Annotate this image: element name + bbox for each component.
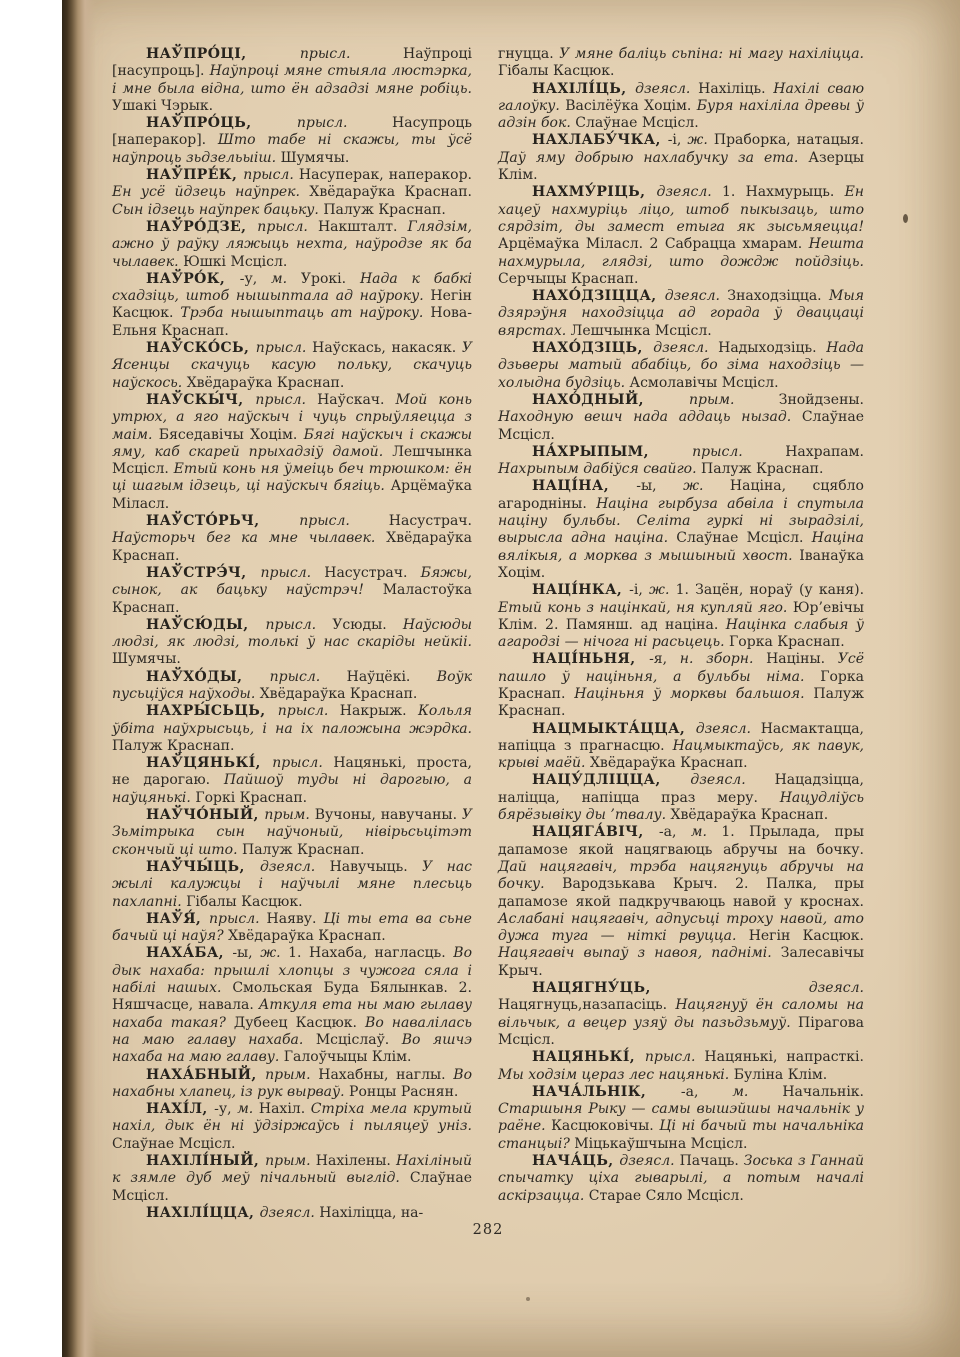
italic-text: Нацягавіч выпаў з навоя, паднімі.	[498, 945, 781, 961]
roman-text: Нахрапам.	[785, 444, 864, 460]
dictionary-entry: НАХА́БА, -ы, ж. 1. Нахаба, нагласць. Во …	[112, 945, 472, 1066]
roman-text: Палуж Краснап.	[112, 738, 234, 754]
italic-text: прысл.	[692, 444, 785, 460]
dictionary-entry: гнуцца. У мяне баліць сьпіна: ні магу на…	[498, 46, 864, 81]
roman-text: Усюды.	[332, 617, 403, 633]
roman-text: Лешчынка Мсцісл.	[571, 323, 712, 339]
dictionary-entry: НАЎЧО́НЫЙ, прым. Вучоны, навучаны. У Зьм…	[112, 807, 472, 859]
roman-text: -у,	[240, 271, 271, 287]
italic-text: ж.	[687, 132, 713, 148]
headword: НАЎСТРЭ́Ч,	[146, 565, 260, 581]
dictionary-entry: НАЦІ́НЬНЯ, -я, н. зборн. Націны. Усё паш…	[498, 651, 864, 720]
roman-text: Горкі Краснап.	[195, 790, 307, 806]
roman-text: Хвёдараўка Краснап.	[590, 755, 748, 771]
roman-text: -а,	[681, 1084, 732, 1100]
roman-text: Буліна Клім.	[734, 1067, 828, 1083]
dictionary-entry: НАЎПРО́ЦІ, прысл. Наўпроці [насупроць]. …	[112, 46, 472, 115]
roman-text: Слаўнае Мсцісл.	[575, 115, 698, 131]
headword: НАЎПРО́ЦЬ,	[146, 115, 297, 131]
roman-text: Міцькаўшчына Мсцісл.	[574, 1136, 747, 1152]
roman-text: Накшталт.	[318, 219, 408, 235]
dictionary-entry: НАЎСТРЭ́Ч, прысл. Насустрач. Бяжы, сынок…	[112, 565, 472, 617]
roman-text: Слаўнае Мсцісл.	[112, 1136, 235, 1152]
italic-text: прысл.	[257, 219, 318, 235]
italic-text: Сын ідзець наўпрек бацьку.	[112, 202, 323, 218]
roman-text: Ронцы Раснян.	[349, 1084, 458, 1100]
italic-text: дзеясл.	[656, 184, 722, 200]
italic-text: прысл.	[270, 669, 347, 685]
roman-text: Наяву.	[267, 911, 324, 927]
italic-text: Трэба нышыптаць ат наўроку.	[180, 305, 430, 321]
headword: НАЎСКО́СЬ,	[146, 340, 256, 356]
roman-text: Хвёдараўка Краснап.	[228, 928, 386, 944]
roman-text: Нахіліць.	[698, 81, 773, 97]
book-gutter-shadow	[62, 0, 96, 1357]
headword: НАЧА́ЛЬНІК,	[532, 1084, 681, 1100]
left-column: НАЎПРО́ЦІ, прысл. Наўпроці [насупроць]. …	[112, 46, 472, 1222]
page-number: 282	[112, 1222, 864, 1238]
roman-text: Насуперак, наперакор.	[299, 167, 472, 183]
headword: НАЎРО́К,	[146, 271, 240, 287]
dictionary-entry: НАЎСТО́РЬЧ, прысл. Насустрач. Наўсторьч …	[112, 513, 472, 565]
italic-text: дзеясл.	[809, 980, 864, 996]
headword: НАЦМЫКТА́ЦЦА,	[532, 721, 696, 737]
italic-text: ж.	[649, 582, 676, 598]
headword: НАЎЧО́НЫЙ,	[146, 807, 264, 823]
dictionary-entry: НАХО́ДЗІЦЬ, дзеясл. Надыходзіць. Нада дз…	[498, 340, 864, 392]
headword: НАЎПРО́ЦІ,	[146, 46, 300, 62]
dictionary-entry: НА́ХРЫПЫМ, прысл. Нахрапам. Нахрыпым даб…	[498, 444, 864, 479]
headword: НАХО́ДЗІЦЦА,	[532, 288, 665, 304]
roman-text: -ы,	[636, 478, 683, 494]
headword: НАЎХО́ДЫ,	[146, 669, 270, 685]
roman-text: -і,	[668, 132, 688, 148]
dictionary-entry: НАХМУ́РІЦЬ, дзеясл. 1. Нахмурыць. Ен хац…	[498, 184, 864, 288]
roman-text: Касцюковічы.	[551, 1118, 659, 1134]
italic-text: прысл.	[266, 617, 333, 633]
roman-text: Нахіліцца, на-	[319, 1205, 423, 1221]
italic-text: дзеясл.	[653, 340, 718, 356]
italic-text: прысл.	[272, 755, 333, 771]
roman-text: Арцёмаўка Міласл. 2 Сабрацца хмарам.	[498, 236, 809, 252]
dictionary-entry: НАЎСКЫ́Ч, прысл. Наўскач. Мой конь утрюх…	[112, 392, 472, 513]
roman-text: Знаходзіцца.	[727, 288, 829, 304]
italic-text: дзеясл.	[260, 859, 330, 875]
headword: НАЎСТО́РЬЧ,	[146, 513, 299, 529]
roman-text: Насустрач.	[324, 565, 420, 581]
roman-text: -у,	[214, 1101, 237, 1117]
headword: НАХІЛІ́ЦЦА,	[146, 1205, 260, 1221]
headword: НАЎЧЫ́ЦЬ,	[146, 859, 260, 875]
roman-text: Негін Касцюк.	[749, 928, 864, 944]
italic-text: Ен усё йдзець наўпрек.	[112, 184, 309, 200]
italic-text: Етый конь з націнкай, ня купляй яго.	[498, 600, 793, 616]
headword: НАЎЦЯНЬКІ́,	[146, 755, 272, 771]
dictionary-entry: НАЦІ́НА, -ы, ж. Націна, сцябло агароднін…	[498, 478, 864, 582]
roman-text: -а,	[659, 824, 691, 840]
dictionary-entry: НАЎЦЯНЬКІ́, прысл. Нацянькі, проста, не …	[112, 755, 472, 807]
dictionary-entry: НАЎРО́ДЗЕ, прысл. Накшталт. Глядзім, ажн…	[112, 219, 472, 271]
roman-text: Галоўчыцы Клім.	[284, 1049, 412, 1065]
italic-text: н. зборн.	[680, 651, 766, 667]
dictionary-entry: НАХІЛІ́ЦЬ, дзеясл. Нахіліць. Нахілі сваю…	[498, 81, 864, 133]
headword: НАЦЯГА́ВІЧ,	[532, 824, 659, 840]
italic-text: ж.	[260, 945, 288, 961]
dictionary-entry: НАЦМЫКТА́ЦЦА, дзеясл. Насмактацца, напіц…	[498, 721, 864, 773]
roman-text: Навучыць.	[330, 859, 423, 875]
italic-text: прысл.	[256, 340, 312, 356]
roman-text: -я,	[649, 651, 680, 667]
roman-text: Серчыцы Краснап.	[498, 271, 638, 287]
italic-text: Нахрыпым дабіўся свайго.	[498, 461, 701, 477]
roman-text: Пачаць.	[680, 1153, 744, 1169]
italic-text: дзеясл.	[619, 1153, 679, 1169]
roman-text: Старае Сяло Мсцісл.	[589, 1188, 744, 1204]
roman-text: Націны.	[766, 651, 838, 667]
dictionary-entry: НАХО́ДЗІЦЦА, дзеясл. Знаходзіцца. Мыя дз…	[498, 288, 864, 340]
roman-text: -ы,	[232, 945, 260, 961]
dictionary-entry: НАХРЫ́СЬЦЬ, прысл. Накрыж. Кольля ўбіта …	[112, 703, 472, 755]
scan-speck	[903, 214, 908, 223]
headword: НАХІЛІ́НЫЙ,	[146, 1153, 265, 1169]
headword: НАЧА́ЦЬ,	[532, 1153, 619, 1169]
roman-text: Гібалы Касцюк.	[498, 63, 614, 79]
dictionary-entry: НАЎРО́К, -у, м. Урокі. Нада к бабкі схад…	[112, 271, 472, 340]
roman-text: Шумячы.	[112, 651, 181, 667]
italic-text: м.	[237, 1101, 259, 1117]
headword: НАЦІ́НКА,	[532, 582, 629, 598]
roman-text: Палуж Краснап.	[701, 461, 823, 477]
roman-text: 1. Нахмурыць.	[722, 184, 845, 200]
dictionary-entry: НАЎПРЕ́К, прысл. Насуперак, наперакор. Е…	[112, 167, 472, 219]
roman-text: Надыходзіць.	[718, 340, 826, 356]
roman-text: Горка Краснап.	[729, 634, 845, 650]
italic-text: прысл.	[209, 911, 267, 927]
italic-text: дзеясл.	[696, 721, 761, 737]
roman-text: гнуцца.	[498, 46, 559, 62]
headword: НАЎСЮ́ДЫ,	[146, 617, 266, 633]
roman-text: Хвёдараўка Краснап.	[309, 184, 472, 200]
italic-text: Націньня ў морквы бальшоя.	[574, 686, 813, 702]
dictionary-entry: НАЎСКО́СЬ, прысл. Наўскась, накасяк. У Я…	[112, 340, 472, 392]
dictionary-entry: НАЦЯГА́ВІЧ, -а, м. 1. Прылада, пры дапам…	[498, 824, 864, 980]
dictionary-entry: НАХІ́Л, -у, м. Нахіл. Стріха мела крутый…	[112, 1101, 472, 1153]
roman-text: Дубеец Касцюк.	[234, 1015, 365, 1031]
italic-text: прысл.	[255, 392, 317, 408]
italic-text: м.	[691, 824, 722, 840]
headword: НАЦІ́НЬНЯ,	[532, 651, 649, 667]
dictionary-entry: НАЦІ́НКА, -і, ж. 1. Зацён, нораў (у каня…	[498, 582, 864, 651]
italic-text: дзеясл.	[665, 288, 728, 304]
right-column: гнуцца. У мяне баліць сьпіна: ні магу на…	[498, 46, 864, 1205]
italic-text: м.	[271, 271, 301, 287]
headword: НАХМУ́РІЦЬ,	[532, 184, 656, 200]
roman-text: Хвёдараўка Краснап.	[260, 686, 418, 702]
italic-text: прым.	[265, 1067, 318, 1083]
italic-text: ж.	[683, 478, 730, 494]
headword: НАЎСКЫ́Ч,	[146, 392, 255, 408]
italic-text: прысл.	[645, 1049, 705, 1065]
dictionary-entry: НАЎХО́ДЫ, прысл. Наўцёкі. Воўк пусьціўся…	[112, 669, 472, 704]
italic-text: прысл.	[260, 565, 324, 581]
roman-text: Нахіл.	[259, 1101, 311, 1117]
italic-text: дзеясл.	[260, 1205, 320, 1221]
roman-text: Палуж Краснап.	[242, 842, 364, 858]
headword: НАХРЫ́СЬЦЬ,	[146, 703, 278, 719]
roman-text: -і,	[629, 582, 649, 598]
roman-text: Нацягнуць,назапасіць.	[498, 997, 675, 1013]
italic-text: Даў яму добрыю нахлабучку за ета.	[498, 150, 808, 166]
roman-text: Хвёдараўка Краснап.	[187, 375, 345, 391]
italic-text: прысл.	[297, 115, 392, 131]
dictionary-entry: НАХІЛІ́НЫЙ, прым. Нахілены. Нахіліный к …	[112, 1153, 472, 1205]
roman-text: Вучоны, навучаны.	[315, 807, 462, 823]
roman-text: Знойдзены.	[779, 392, 864, 408]
roman-text: Ушакі Чэрык.	[112, 98, 213, 114]
headword: НАХІЛІ́ЦЬ,	[532, 81, 635, 97]
roman-text: Бяседавічы Хоцім.	[159, 427, 304, 443]
roman-text: Нахабны, наглы.	[318, 1067, 453, 1083]
italic-text: прысл.	[243, 167, 299, 183]
dictionary-entry: НАЦЯНЬКІ́, прысл. Нацянькі, напрасткі. М…	[498, 1049, 864, 1084]
headword: НА́ХРЫПЫМ,	[532, 444, 692, 460]
headword: НАХІ́Л,	[146, 1101, 214, 1117]
roman-text: Нацянькі, напрасткі.	[704, 1049, 864, 1065]
italic-text: прым.	[265, 1153, 316, 1169]
roman-text: Наўцёкі.	[347, 669, 437, 685]
italic-text: Находную вешч нада аддаць нызад.	[498, 409, 802, 425]
roman-text: Праборка, натацыя.	[714, 132, 864, 148]
roman-text: Насустрач.	[389, 513, 472, 529]
roman-text: 1. Зацён, нораў (у каня).	[676, 582, 864, 598]
roman-text: Мсціслаў.	[316, 1032, 402, 1048]
headword: НАХА́БНЫЙ,	[146, 1067, 265, 1083]
dictionary-entry: НАЦУ́ДЛІЦЦА, дзеясл. Нацадзіцца, наліцца…	[498, 772, 864, 824]
headword: НАЎПРЕ́К,	[146, 167, 243, 183]
dictionary-entry: НАЧА́ЦЬ, дзеясл. Пачаць. Зоська з Ганнай…	[498, 1153, 864, 1205]
dictionary-entry: НАЎПРО́ЦЬ, прысл. Насупроць [наперакор].…	[112, 115, 472, 167]
headword: НАЎЯ́,	[146, 911, 209, 927]
italic-text: м.	[732, 1084, 782, 1100]
headword: НАХО́ДНЫЙ,	[532, 392, 689, 408]
roman-text: Васілёўка Хоцім.	[565, 98, 697, 114]
dictionary-entry: НАХЛАБУ́ЧКА, -і, ж. Праборка, натацыя. Д…	[498, 132, 864, 184]
italic-text: дзеясл.	[635, 81, 698, 97]
roman-text: Юшкі Мсцісл.	[183, 254, 287, 270]
headword: НАЦУ́ДЛІЦЦА,	[532, 772, 690, 788]
roman-text: Начальнік.	[782, 1084, 864, 1100]
roman-text: Наўскач.	[317, 392, 395, 408]
headword: НАЎРО́ДЗЕ,	[146, 219, 257, 235]
italic-text: прысл.	[299, 513, 389, 529]
headword: НАЦЯГНУ́ЦЬ,	[532, 980, 809, 996]
dictionary-entry: НАЎСЮ́ДЫ, прысл. Усюды. Наўсюды людзі, я…	[112, 617, 472, 669]
italic-text: Мы ходзім цераз лес нацянькі.	[498, 1067, 734, 1083]
dictionary-entry: НАЧА́ЛЬНІК, -а, м. Начальнік. Старшыня Р…	[498, 1084, 864, 1153]
dictionary-entry: НАЦЯГНУ́ЦЬ, дзеясл. Нацягнуць,назапасіць…	[498, 980, 864, 1049]
scan-speck	[526, 1297, 530, 1301]
roman-text: Нахілены.	[316, 1153, 396, 1169]
roman-text: 1. Нахаба, нагласць.	[288, 945, 453, 961]
roman-text: Шумячы.	[281, 150, 350, 166]
roman-text: Урокі.	[301, 271, 360, 287]
dictionary-entry: НАХА́БНЫЙ, прым. Нахабны, наглы. Во наха…	[112, 1067, 472, 1102]
roman-text: Асмолавічы Мсцісл.	[629, 375, 778, 391]
roman-text: Хвёдараўка Краснап.	[671, 807, 829, 823]
dictionary-entry: НАХІЛІ́ЦЦА, дзеясл. Нахіліцца, на-	[112, 1205, 472, 1222]
headword: НАЦІ́НА,	[532, 478, 636, 494]
scanned-book-page: НАЎПРО́ЦІ, прысл. Наўпроці [насупроць]. …	[0, 0, 960, 1357]
dictionary-entry: НАЎЯ́, прысл. Наяву. Ці ты ета ва сьне б…	[112, 911, 472, 946]
dictionary-entry: НАХО́ДНЫЙ, прым. Знойдзены. Находную веш…	[498, 392, 864, 444]
italic-text: прысл.	[300, 46, 403, 62]
italic-text: прым.	[264, 807, 314, 823]
roman-text: Слаўнае Мсцісл.	[676, 530, 811, 546]
headword: НАЦЯНЬКІ́,	[532, 1049, 645, 1065]
headword: НАХЛАБУ́ЧКА,	[532, 132, 668, 148]
headword: НАХА́БА,	[146, 945, 232, 961]
roman-text: Гібалы Касцюк.	[186, 894, 302, 910]
italic-text: прым.	[689, 392, 779, 408]
roman-text: Наўскась, накасяк.	[312, 340, 462, 356]
italic-text: У мяне баліць сьпіна: ні магу нахіліцца.	[559, 46, 864, 62]
dictionary-entry: НАЎЧЫ́ЦЬ, дзеясл. Навучыць. У нас жылі к…	[112, 859, 472, 911]
roman-text: Палуж Краснап.	[323, 202, 445, 218]
italic-text: прысл.	[278, 703, 340, 719]
italic-text: дзеясл.	[690, 772, 774, 788]
roman-text: Накрыж.	[340, 703, 418, 719]
italic-text: Наўсторьч бег ка мне чылавек.	[112, 530, 386, 546]
headword: НАХО́ДЗІЦЬ,	[532, 340, 653, 356]
